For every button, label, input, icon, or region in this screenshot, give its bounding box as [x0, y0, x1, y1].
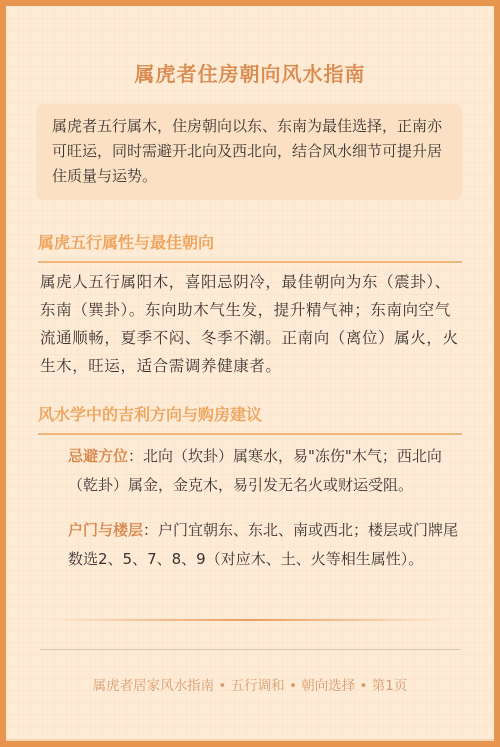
footer-divider: [40, 649, 460, 650]
intro-box: 属虎者五行属木，住房朝向以东、东南为最佳选择，正南亦可旺运，同时需避开北向及西北…: [36, 104, 462, 200]
advice-separator: ：: [128, 447, 143, 465]
page-frame: 属虎者住房朝向风水指南 属虎者五行属木，住房朝向以东、东南为最佳选择，正南亦可旺…: [6, 6, 494, 741]
advice-item-door-floor: 户门与楼层：户门宜朝东、东北、南或西北；楼层或门牌尾数选2、5、7、8、9（对应…: [68, 516, 462, 574]
advice-label: 户门与楼层: [68, 521, 143, 539]
page-title: 属虎者住房朝向风水指南: [6, 58, 494, 87]
section-heading-advice: 风水学中的吉利方向与购房建议: [38, 402, 462, 435]
section-heading-wuxing: 属虎五行属性与最佳朝向: [38, 230, 462, 263]
decorative-divider: [46, 619, 454, 621]
intro-text: 属虎者五行属木，住房朝向以东、东南为最佳选择，正南亦可旺运，同时需避开北向及西北…: [52, 117, 442, 185]
advice-label: 忌避方位: [68, 447, 128, 465]
advice-item-avoid-directions: 忌避方位：北向（坎卦）属寒水，易"冻伤"木气；西北向（乾卦）属金，金克木，易引发…: [68, 442, 462, 500]
advice-separator: ：: [143, 521, 158, 539]
page-footer: 属虎者居家风水指南 • 五行调和 • 朝向选择 • 第1页: [6, 674, 494, 694]
section-body-wuxing: 属虎人五行属阳木，喜阳忌阴冷，最佳朝向为东（震卦）、东南（巽卦）。东向助木气生发…: [40, 268, 464, 380]
